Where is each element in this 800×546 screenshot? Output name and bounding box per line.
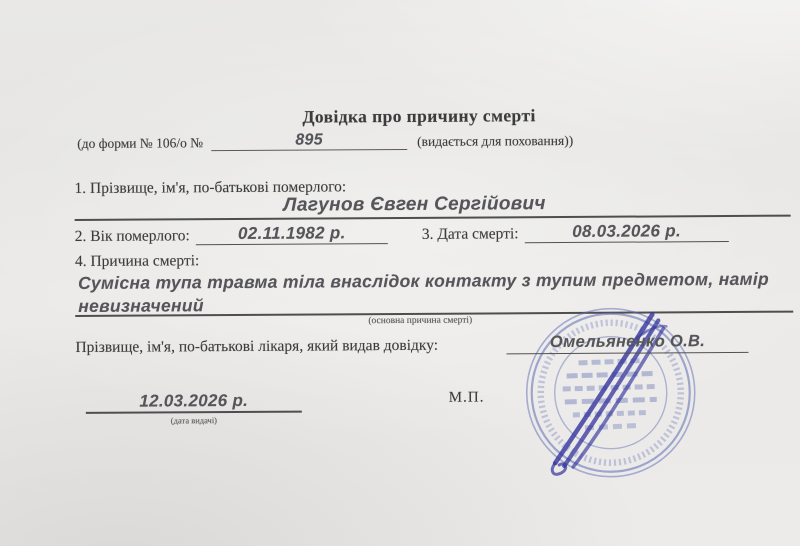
deceased-name-field: Лагунов Євген Сергійович — [75, 190, 791, 221]
deceased-name-value: Лагунов Євген Сергійович — [283, 193, 546, 216]
form-number-value: 895 — [211, 132, 407, 151]
doctor-name-field: Омельяненко О.В. — [506, 329, 748, 354]
age-value: 02.11.1982 р. — [196, 224, 388, 245]
scanned-certificate-page: Довідка про причину смерті (до форми № 1… — [0, 0, 800, 546]
age-label: 2. Вік померлого: — [75, 227, 190, 246]
issue-date-caption: (дата видачі) — [86, 415, 302, 426]
form-number-prefix: (до форми № 106/о № — [77, 135, 203, 152]
death-certificate-document: Довідка про причину смерті (до форми № 1… — [0, 0, 800, 546]
issue-date-value: 12.03.2026 р. — [139, 391, 248, 411]
death-date-label: 3. Дата смерті: — [422, 225, 519, 244]
form-number-line: (до форми № 106/о № 895 (видається для п… — [77, 131, 573, 152]
death-date-value: 08.03.2026 р. — [525, 222, 729, 243]
issue-date-field: 12.03.2026 р. — [86, 387, 302, 414]
seal-place-abbreviation: М.П. — [449, 389, 485, 406]
doctor-name-value: Омельяненко О.В. — [550, 332, 705, 351]
form-number-suffix: (видається для поховання)) — [417, 133, 573, 150]
certificate-title: Довідка про причину смерті — [39, 104, 799, 130]
doctor-name-label: Прізвище, ім'я, по-батькові лікаря, який… — [75, 337, 438, 357]
cause-of-death-label: 4. Причина смерті: — [75, 252, 199, 271]
age-and-death-date-row: 2. Вік померлого: 02.11.1982 р. 3. Дата … — [75, 222, 729, 246]
